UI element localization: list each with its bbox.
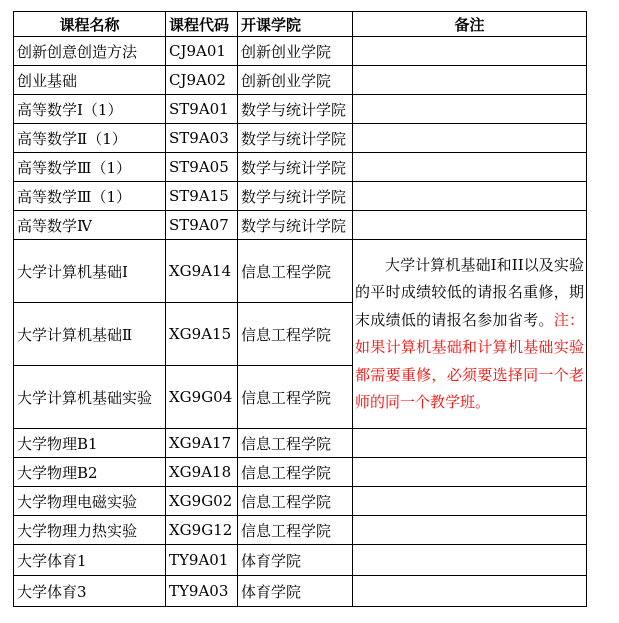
course-code-cell: XG9G12	[166, 516, 238, 545]
table-row: 大学物理B2 XG9A18 信息工程学院	[14, 458, 587, 487]
header-course-name: 课程名称	[14, 12, 166, 37]
college-cell: 创新创业学院	[238, 66, 353, 95]
table-row: 创业基础 CJ9A02 创新创业学院	[14, 66, 587, 95]
college-cell: 信息工程学院	[238, 366, 353, 429]
remark-cell	[353, 182, 587, 211]
table-row: 大学物理B1 XG9A17 信息工程学院	[14, 429, 587, 458]
course-code-cell: XG9A18	[166, 458, 238, 487]
college-cell: 信息工程学院	[238, 240, 353, 303]
remark-cell	[353, 124, 587, 153]
course-code-cell: XG9A14	[166, 240, 238, 303]
remark-cell	[353, 576, 587, 607]
table-row: 大学计算机基础Ⅰ XG9A14 信息工程学院 大学计算机基础I和II以及实验的平…	[14, 240, 587, 303]
course-name-cell: 大学计算机基础Ⅱ	[14, 303, 166, 366]
remark-cell	[353, 429, 587, 458]
course-name-cell: 高等数学Ⅱ（1）	[14, 124, 166, 153]
table-row: 高等数学Ⅲ（1） ST9A05 数学与统计学院	[14, 153, 587, 182]
header-college: 开课学院	[238, 12, 353, 37]
table-row: 大学物理力热实验 XG9G12 信息工程学院	[14, 516, 587, 545]
college-cell: 数学与统计学院	[238, 95, 353, 124]
remark-paragraph: 大学计算机基础I和II以及实验的平时成绩较低的请报名重修，期末成绩低的请报名参加…	[355, 252, 584, 417]
course-code-cell: ST9A05	[166, 153, 238, 182]
course-name-cell: 高等数学Ⅰ（1）	[14, 95, 166, 124]
table-row: 大学体育1 TY9A01 体育学院	[14, 545, 587, 576]
course-code-cell: TY9A01	[166, 545, 238, 576]
remark-cell	[353, 37, 587, 66]
course-name-cell: 大学物理B1	[14, 429, 166, 458]
table-row: 高等数学Ⅲ（1） ST9A15 数学与统计学院	[14, 182, 587, 211]
course-code-cell: CJ9A02	[166, 66, 238, 95]
course-name-cell: 大学物理B2	[14, 458, 166, 487]
table-row: 创新创意创造方法 CJ9A01 创新创业学院	[14, 37, 587, 66]
college-cell: 信息工程学院	[238, 429, 353, 458]
header-remark: 备注	[353, 12, 587, 37]
table-row: 高等数学Ⅰ（1） ST9A01 数学与统计学院	[14, 95, 587, 124]
college-cell: 体育学院	[238, 576, 353, 607]
course-code-cell: ST9A07	[166, 211, 238, 240]
course-name-cell: 创新创意创造方法	[14, 37, 166, 66]
course-code-cell: ST9A01	[166, 95, 238, 124]
remark-cell	[353, 458, 587, 487]
course-name-cell: 大学物理力热实验	[14, 516, 166, 545]
course-code-cell: XG9G04	[166, 366, 238, 429]
college-cell: 体育学院	[238, 545, 353, 576]
course-name-cell: 大学体育1	[14, 545, 166, 576]
table-row: 大学体育3 TY9A03 体育学院	[14, 576, 587, 607]
remark-cell	[353, 153, 587, 182]
remark-cell	[353, 66, 587, 95]
course-name-cell: 创业基础	[14, 66, 166, 95]
college-cell: 信息工程学院	[238, 458, 353, 487]
remark-black-text: 大学计算机基础I和II以及实验的平时成绩较低的请报名重修，期末成绩低的请报名参加…	[355, 256, 584, 329]
table-row: 大学物理电磁实验 XG9G02 信息工程学院	[14, 487, 587, 516]
remark-cell	[353, 95, 587, 124]
remark-cell	[353, 545, 587, 576]
college-cell: 数学与统计学院	[238, 182, 353, 211]
document-page: 课程名称 课程代码 开课学院 备注 创新创意创造方法 CJ9A01 创新创业学院…	[0, 0, 619, 623]
course-name-cell: 高等数学Ⅲ（1）	[14, 153, 166, 182]
course-name-cell: 大学计算机基础Ⅰ	[14, 240, 166, 303]
course-name-cell: 大学体育3	[14, 576, 166, 607]
remark-cell	[353, 487, 587, 516]
course-code-cell: CJ9A01	[166, 37, 238, 66]
college-cell: 数学与统计学院	[238, 153, 353, 182]
table-row: 高等数学Ⅱ（1） ST9A03 数学与统计学院	[14, 124, 587, 153]
college-cell: 信息工程学院	[238, 516, 353, 545]
remark-cell	[353, 516, 587, 545]
course-code-cell: XG9A17	[166, 429, 238, 458]
course-table: 课程名称 课程代码 开课学院 备注 创新创意创造方法 CJ9A01 创新创业学院…	[13, 11, 587, 607]
course-name-cell: 高等数学Ⅳ	[14, 211, 166, 240]
course-name-cell: 高等数学Ⅲ（1）	[14, 182, 166, 211]
course-code-cell: ST9A03	[166, 124, 238, 153]
table-row: 高等数学Ⅳ ST9A07 数学与统计学院	[14, 211, 587, 240]
course-code-cell: ST9A15	[166, 182, 238, 211]
course-name-cell: 大学计算机基础实验	[14, 366, 166, 429]
course-code-cell: TY9A03	[166, 576, 238, 607]
remark-cell-merged: 大学计算机基础I和II以及实验的平时成绩较低的请报名重修，期末成绩低的请报名参加…	[353, 240, 587, 429]
college-cell: 数学与统计学院	[238, 211, 353, 240]
course-code-cell: XG9G02	[166, 487, 238, 516]
remark-cell	[353, 211, 587, 240]
college-cell: 创新创业学院	[238, 37, 353, 66]
college-cell: 数学与统计学院	[238, 124, 353, 153]
table-header-row: 课程名称 课程代码 开课学院 备注	[14, 12, 587, 37]
college-cell: 信息工程学院	[238, 303, 353, 366]
course-code-cell: XG9A15	[166, 303, 238, 366]
header-course-code: 课程代码	[166, 12, 238, 37]
college-cell: 信息工程学院	[238, 487, 353, 516]
course-name-cell: 大学物理电磁实验	[14, 487, 166, 516]
